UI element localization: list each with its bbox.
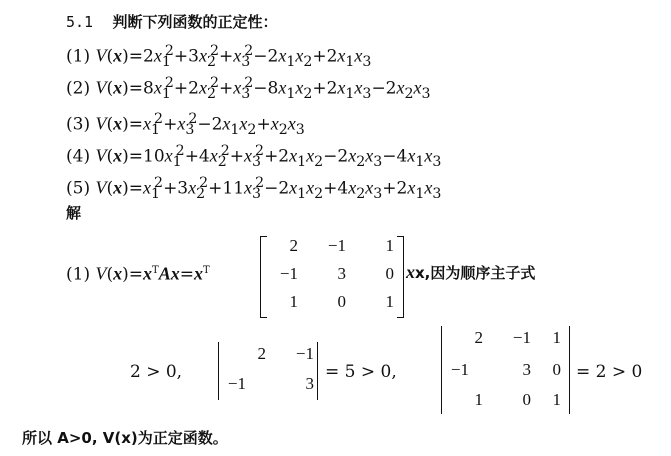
item-2: (2) V(x)=8x12+2x22+x32−8x1x2+2x1x3−2x2x3 [66, 73, 431, 104]
det-cell: −1 [290, 344, 314, 364]
det-bar-right [569, 326, 570, 414]
matrix-cell: −1 [322, 236, 346, 256]
det-cell: −1 [507, 328, 531, 348]
item-label: (5) [66, 179, 90, 199]
det-cell: 2 [459, 328, 483, 348]
after-matrix-text: xx,因为顺序主子式 [406, 262, 535, 283]
matrix-a: 2 −1 1 −1 3 0 1 0 1 [260, 236, 405, 318]
det-bar-right [317, 342, 318, 400]
item-label: (2) [66, 79, 90, 99]
minor3-det: 2 −1 1 −1 3 0 1 0 1 [441, 326, 571, 414]
det-cell: −1 [445, 360, 469, 380]
det-cell: −1 [222, 374, 246, 394]
det-cell: 1 [459, 390, 483, 410]
item-label: (4) [66, 147, 90, 167]
matrix-cell: 0 [370, 264, 394, 284]
problem-header: 5.1 判断下列函数的正定性： [66, 12, 278, 32]
matrix-cell: 1 [370, 236, 394, 256]
matrix-cell: 2 [274, 236, 298, 256]
minor2-result: = 5 > 0, [325, 362, 397, 382]
det-cell: 1 [537, 390, 561, 410]
solution-part1-expr: (1) V(x)=xTAx=xT [66, 261, 210, 285]
conclusion: 所以 A>0, V(x)为正定函数。 [22, 428, 228, 448]
bracket-left [260, 236, 267, 318]
part-label: (1) [66, 265, 90, 285]
matrix-cell: 1 [274, 292, 298, 312]
det-bar-left [441, 326, 442, 414]
item-1: (1) V(x)=2x12+3x22+x32−2x1x2+2x1x3 [66, 41, 371, 72]
problem-number: 5.1 [66, 13, 93, 31]
bracket-right [397, 236, 404, 318]
item-3: (3) V(x)=x12+x32−2x1x2+x2x3 [66, 109, 305, 140]
matrix-cell: 3 [322, 264, 346, 284]
problem-title: 判断下列函数的正定性： [113, 13, 278, 31]
det-bar-left [218, 342, 219, 400]
det-cell: 0 [507, 390, 531, 410]
minor3-result: = 2 > 0 [576, 362, 642, 382]
item-5: (5) V(x)=x12+3x22+11x32−2x1x2+4x2x3+2x1x… [66, 173, 441, 204]
det-cell: 0 [537, 360, 561, 380]
det-cell: 1 [537, 328, 561, 348]
minor1: 2 > 0, [130, 362, 182, 382]
matrix-cell: −1 [274, 264, 298, 284]
item-label: (3) [66, 115, 90, 135]
item-4: (4) V(x)=10x12+4x22+x32+2x1x2−2x2x3−4x1x… [66, 141, 441, 172]
because-text: x,因为顺序主子式 [415, 264, 535, 282]
det-cell: 3 [507, 360, 531, 380]
matrix-cell: 0 [322, 292, 346, 312]
matrix-cell: 1 [370, 292, 394, 312]
item-label: (1) [66, 47, 90, 67]
det-cell: 2 [242, 344, 266, 364]
solution-heading: 解 [66, 203, 81, 223]
minor2-det: 2 −1 −1 3 [218, 342, 318, 402]
det-cell: 3 [290, 374, 314, 394]
